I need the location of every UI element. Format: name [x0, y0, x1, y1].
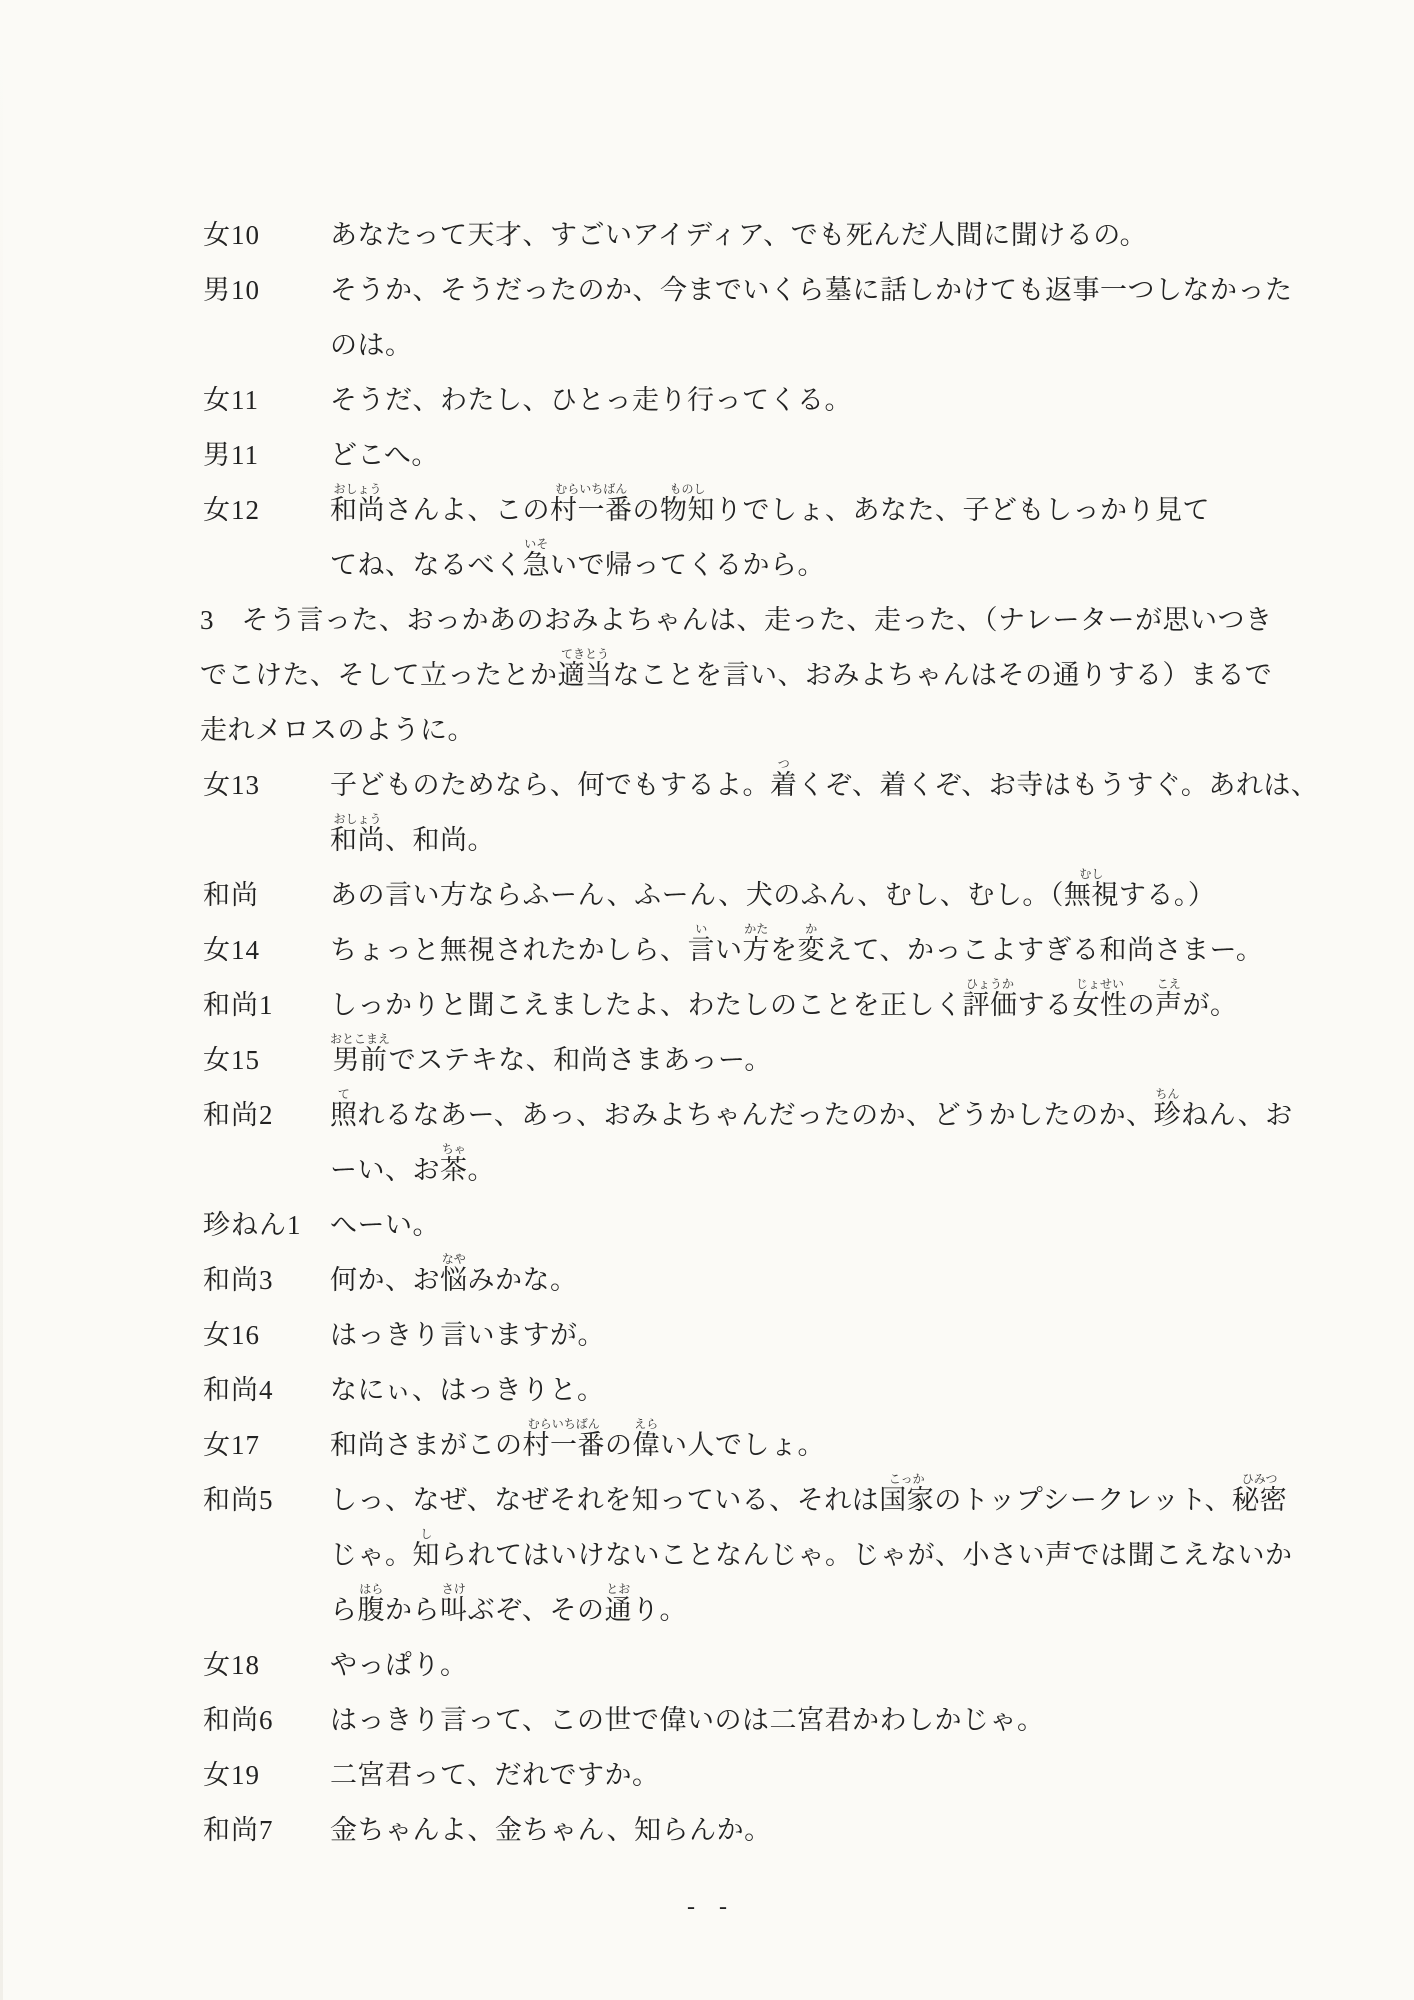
- script-line: 和尚5しっ、なぜ、なぜそれを知っている、それは国家こっかのトップシークレット、秘…: [0, 1465, 1414, 1520]
- ruby-annotated-word: 変か: [798, 935, 826, 965]
- dialogue-text: 照てれるなあー、あっ、おみよちゃんだったのか、どうかしたのか、珍ちんねん、お: [330, 1087, 1293, 1129]
- speaker-label: 女12: [203, 497, 260, 524]
- dialogue-text: そうか、そうだったのか、今までいくら墓に話しかけても返事一つしなかった: [330, 277, 1293, 304]
- ruby-annotated-word: 評価ひょうか: [963, 990, 1018, 1020]
- ruby-annotated-word: 悩なや: [440, 1265, 468, 1295]
- script-line: 女19二宮君って、だれですか。: [0, 1740, 1414, 1795]
- script-line: じゃ。知しられてはいけないことなんじゃ。じゃが、小さい声では聞こえないか: [0, 1520, 1414, 1575]
- document-page: 女10あなたって天才、すごいアイディア、でも死んだ人間に聞けるの。男10そうか、…: [0, 0, 1414, 2000]
- dialogue-text: 和尚おしょう、和尚。: [330, 812, 495, 854]
- script-line: 和尚7金ちゃんよ、金ちゃん、知らんか。: [0, 1795, 1414, 1850]
- script-content: 女10あなたって天才、すごいアイディア、でも死んだ人間に聞けるの。男10そうか、…: [0, 200, 1414, 1850]
- speaker-label: 女19: [203, 1762, 260, 1789]
- script-line: 和尚3何か、お悩なやみかな。: [0, 1245, 1414, 1300]
- speaker-label: 和尚3: [203, 1267, 274, 1294]
- dialogue-text: なにぃ、はっきりと。: [330, 1377, 604, 1404]
- script-line: のは。: [0, 310, 1414, 365]
- narration-line: 3 そう言った、おっかあのおみよちゃんは、走った、走った、（ナレーターが思いつき: [0, 585, 1414, 640]
- script-line: 女16はっきり言いますが。: [0, 1300, 1414, 1355]
- speaker-label: 和尚: [203, 882, 259, 909]
- script-line: 女13子どものためなら、何でもするよ。着つくぞ、着くぞ、お寺はもうすぐ。あれは、: [0, 750, 1414, 805]
- dialogue-text: そうだ、わたし、ひとっ走り行ってくる。: [330, 387, 852, 414]
- ruby-annotated-word: 適当てきとう: [558, 660, 613, 690]
- speaker-label: 女13: [203, 772, 260, 799]
- dialogue-text: てね、なるべく急いそいで帰ってくるから。: [330, 537, 825, 579]
- ruby-annotated-word: 着つ: [770, 770, 798, 800]
- ruby-annotated-word: 秘密ひみつ: [1232, 1485, 1287, 1515]
- script-line: ーい、お茶ちゃ。: [0, 1135, 1414, 1190]
- speaker-label: 女16: [203, 1322, 260, 1349]
- dialogue-text: じゃ。知しられてはいけないことなんじゃ。じゃが、小さい声では聞こえないか: [330, 1527, 1293, 1569]
- narration-text: でこけた、そして立ったとか適当てきとうなことを言い、おみよちゃんはその通りする）…: [200, 647, 1272, 689]
- script-line: ら腹はらから叫さけぶぞ、その通とおり。: [0, 1575, 1414, 1630]
- speaker-label: 女14: [203, 937, 260, 964]
- ruby-annotated-word: 腹はら: [358, 1595, 386, 1625]
- ruby-annotated-word: 国家こっか: [879, 1485, 934, 1515]
- script-line: 女11そうだ、わたし、ひとっ走り行ってくる。: [0, 365, 1414, 420]
- dialogue-text: 子どものためなら、何でもするよ。着つくぞ、着くぞ、お寺はもうすぐ。あれは、: [330, 757, 1318, 799]
- script-line: 和尚あの言い方ならふーん、ふーん、犬のふん、むし、むし。（無視むしする。）: [0, 860, 1414, 915]
- dialogue-text: 金ちゃんよ、金ちゃん、知らんか。: [330, 1817, 772, 1844]
- ruby-annotated-word: 偉えら: [633, 1430, 661, 1460]
- script-line: 女12和尚おしょうさんよ、この村一番むらいちばんの物知ものしりでしょ、あなた、子…: [0, 475, 1414, 530]
- script-line: 和尚6はっきり言って、この世で偉いのは二宮君かわしかじゃ。: [0, 1685, 1414, 1740]
- ruby-annotated-word: 和尚おしょう: [330, 825, 385, 855]
- dialogue-text: 何か、お悩なやみかな。: [330, 1252, 578, 1294]
- ruby-annotated-word: 通とお: [604, 1595, 632, 1625]
- speaker-label: 珍ねん1: [203, 1212, 302, 1239]
- ruby-annotated-word: 言い: [688, 935, 716, 965]
- ruby-annotated-word: 珍ちん: [1154, 1100, 1182, 1130]
- script-line: 和尚おしょう、和尚。: [0, 805, 1414, 860]
- dialogue-text: 和尚さまがこの村一番むらいちばんの偉えらい人でしょ。: [330, 1417, 825, 1459]
- speaker-label: 女15: [203, 1047, 260, 1074]
- dialogue-text: やっぱり。: [330, 1652, 468, 1679]
- script-line: 女15男前おとこまえでステキな、和尚さまあっー。: [0, 1025, 1414, 1080]
- ruby-annotated-word: 物知ものし: [660, 495, 715, 525]
- dialogue-text: あの言い方ならふーん、ふーん、犬のふん、むし、むし。（無視むしする。）: [330, 867, 1215, 909]
- speaker-label: 女11: [203, 387, 259, 414]
- speaker-label: 和尚6: [203, 1707, 274, 1734]
- ruby-annotated-word: 茶ちゃ: [440, 1155, 468, 1185]
- narration-line: 走れメロスのように。: [0, 695, 1414, 750]
- speaker-label: 女10: [203, 222, 260, 249]
- speaker-label: 女17: [203, 1432, 260, 1459]
- ruby-annotated-word: 村一番むらいちばん: [523, 1430, 606, 1460]
- script-line: 男11どこへ。: [0, 420, 1414, 475]
- script-line: 女18やっぱり。: [0, 1630, 1414, 1685]
- ruby-annotated-word: 無視むし: [1064, 880, 1119, 910]
- dialogue-text: ーい、お茶ちゃ。: [330, 1142, 495, 1184]
- narration-text: 走れメロスのように。: [200, 717, 475, 744]
- dialogue-text: へーい。: [330, 1212, 440, 1239]
- dialogue-text: しっかりと聞こえましたよ、わたしのことを正しく評価ひょうかする女性じょせいの声こ…: [330, 977, 1238, 1019]
- script-line: 女14ちょっと無視されたかしら、言いい方かたを変かえて、かっこよすぎる和尚さまー…: [0, 915, 1414, 970]
- dialogue-text: どこへ。: [330, 442, 439, 469]
- narration-text: 3 そう言った、おっかあのおみよちゃんは、走った、走った、（ナレーターが思いつき: [200, 607, 1272, 634]
- speaker-label: 和尚2: [203, 1102, 274, 1129]
- speaker-label: 和尚7: [203, 1817, 274, 1844]
- dialogue-text: あなたって天才、すごいアイディア、でも死んだ人間に聞けるの。: [330, 222, 1147, 249]
- script-line: てね、なるべく急いそいで帰ってくるから。: [0, 530, 1414, 585]
- ruby-annotated-word: 和尚おしょう: [330, 495, 385, 525]
- script-line: 和尚1しっかりと聞こえましたよ、わたしのことを正しく評価ひょうかする女性じょせい…: [0, 970, 1414, 1025]
- speaker-label: 和尚5: [203, 1487, 274, 1514]
- dialogue-text: はっきり言いますが。: [330, 1322, 605, 1349]
- script-line: 和尚2照てれるなあー、あっ、おみよちゃんだったのか、どうかしたのか、珍ちんねん、…: [0, 1080, 1414, 1135]
- speaker-label: 女18: [203, 1652, 260, 1679]
- ruby-annotated-word: 女性じょせい: [1073, 990, 1128, 1020]
- dialogue-text: のは。: [330, 332, 413, 359]
- ruby-annotated-word: 声こえ: [1155, 990, 1183, 1020]
- speaker-label: 和尚1: [203, 992, 274, 1019]
- ruby-annotated-word: 知し: [413, 1540, 441, 1570]
- script-line: 男10そうか、そうだったのか、今までいくら墓に話しかけても返事一つしなかった: [0, 255, 1414, 310]
- dialogue-text: ちょっと無視されたかしら、言いい方かたを変かえて、かっこよすぎる和尚さまー。: [330, 922, 1263, 964]
- ruby-annotated-word: 照て: [330, 1100, 358, 1130]
- ruby-annotated-word: 叫さけ: [440, 1595, 468, 1625]
- dialogue-text: ら腹はらから叫さけぶぞ、その通とおり。: [330, 1582, 687, 1624]
- script-line: 女10あなたって天才、すごいアイディア、でも死んだ人間に聞けるの。: [0, 200, 1414, 255]
- ruby-annotated-word: 方かた: [743, 935, 771, 965]
- script-line: 女17和尚さまがこの村一番むらいちばんの偉えらい人でしょ。: [0, 1410, 1414, 1465]
- speaker-label: 男11: [203, 442, 259, 469]
- ruby-annotated-word: 急いそ: [523, 550, 551, 580]
- dialogue-text: しっ、なぜ、なぜそれを知っている、それは国家こっかのトップシークレット、秘密ひみ…: [330, 1472, 1287, 1514]
- narration-line: でこけた、そして立ったとか適当てきとうなことを言い、おみよちゃんはその通りする）…: [0, 640, 1414, 695]
- ruby-annotated-word: 男前おとこまえ: [330, 1045, 389, 1075]
- script-line: 和尚4なにぃ、はっきりと。: [0, 1355, 1414, 1410]
- dialogue-text: はっきり言って、この世で偉いのは二宮君かわしかじゃ。: [330, 1707, 1044, 1734]
- page-number: - -: [0, 1895, 1414, 1919]
- speaker-label: 和尚4: [203, 1377, 274, 1404]
- speaker-label: 男10: [203, 277, 260, 304]
- dialogue-text: 和尚おしょうさんよ、この村一番むらいちばんの物知ものしりでしょ、あなた、子どもし…: [330, 482, 1210, 524]
- ruby-annotated-word: 村一番むらいちばん: [550, 495, 633, 525]
- dialogue-text: 二宮君って、だれですか。: [330, 1762, 659, 1789]
- dialogue-text: 男前おとこまえでステキな、和尚さまあっー。: [330, 1032, 772, 1074]
- script-line: 珍ねん1へーい。: [0, 1190, 1414, 1245]
